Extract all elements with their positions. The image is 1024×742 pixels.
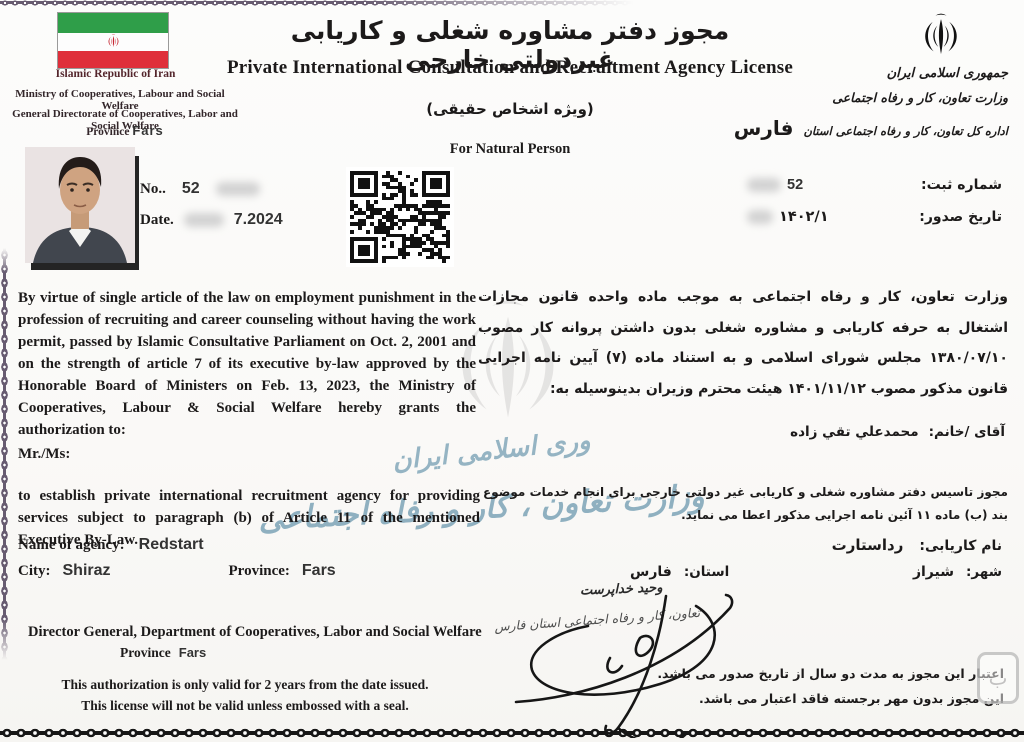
- iran-emblem-icon: [918, 12, 964, 64]
- issue-date-label: تاریخ صدور:: [919, 209, 1002, 225]
- mr-ms-label: Mr./Ms:: [18, 443, 476, 465]
- validity-line-2-fa: این مجوز بدون مهر برجسته فاقد اعتبار می …: [699, 691, 1004, 706]
- watermark-app-logo: ب: [977, 652, 1019, 704]
- agency-label-fa: نام کاریابی:: [919, 538, 1002, 554]
- top-chain-border: [0, 0, 660, 6]
- city-value-fa: شیراز: [913, 564, 954, 580]
- director-province-row: Province Fars: [120, 645, 206, 661]
- date-value: 7.2024: [234, 211, 283, 229]
- flag-green-band: [58, 13, 168, 33]
- signature-block: وحید خداپرست تعاون، کار و رفاه اجتماعی ا…: [488, 580, 780, 738]
- registration-number-row: شماره ثبت: 52: [747, 177, 1002, 193]
- qr-code-grid: [350, 171, 450, 263]
- redaction-smudge: [216, 182, 260, 196]
- redaction-smudge: [747, 178, 781, 192]
- redaction-smudge: [747, 210, 773, 224]
- director-province-label: Province: [120, 645, 171, 661]
- header-right-country: جمهوری اسلامی ایران: [887, 66, 1008, 81]
- header-left-province: Province Fars: [0, 123, 250, 138]
- city-value: Shiraz: [63, 562, 111, 580]
- agency-name-row: Name of agency: Redstart: [18, 536, 204, 554]
- redaction-smudge: [184, 213, 224, 227]
- flag-emblem-icon: [106, 34, 121, 50]
- issue-date-row: تاریخ صدور: ۱۴۰۲/۱: [747, 209, 1002, 225]
- no-value: 52: [182, 180, 200, 198]
- flag-red-band: [58, 51, 168, 68]
- header-right-directorate: اداره کل تعاون، کار و رفاه اجتماعی استان: [803, 124, 1008, 138]
- header-right-ministry: وزارت تعاون، کار و رفاه اجتماعی: [832, 90, 1008, 105]
- establish-clause-persian: مجوز تاسیس دفتر مشاوره شغلی و کاریابی غی…: [483, 481, 1008, 528]
- issue-date-value: ۱۴۰۲/۱: [779, 209, 829, 225]
- validity-line-2: This license will not be valid unless em…: [35, 698, 455, 714]
- province-value: Fars: [132, 123, 163, 138]
- registration-label: شماره ثبت:: [921, 177, 1002, 193]
- subtitle-english: For Natural Person: [330, 141, 690, 158]
- city-province-row-fa: شهر: شیراز استان: فارس: [630, 564, 1002, 580]
- province-label: Province: [86, 126, 129, 138]
- persian-paragraph: وزارت تعاون، کار و رفاه اجتماعی به موجب …: [478, 282, 1008, 404]
- date-label: Date.: [140, 212, 174, 229]
- applicant-name: محمدعلي تقي زاده: [790, 424, 918, 440]
- validity-line-1-fa: اعتبار این مجوز به مدت دو سال از تاریخ ص…: [657, 666, 1004, 681]
- registration-value: 52: [787, 177, 803, 193]
- province-label-fa: استان:: [684, 564, 729, 580]
- date-row: Date. 7.2024: [140, 211, 283, 229]
- city-province-row: City: Shiraz Province: Fars: [18, 562, 336, 580]
- city-label-fa: شهر:: [966, 564, 1002, 580]
- director-line: Director General, Department of Cooperat…: [28, 624, 482, 641]
- flag-white-band: [58, 33, 168, 50]
- paragraph-text: By virtue of single article of the law o…: [18, 290, 476, 438]
- no-label: No..: [140, 181, 166, 198]
- agency-label: Name of agency:: [18, 537, 125, 554]
- director-province-value: Fars: [179, 645, 206, 660]
- agency-value-fa: رداستارت: [832, 536, 904, 554]
- license-document: وری اسلامی ایران وزارت تعاون ، کار و رفا…: [0, 0, 1024, 742]
- left-chain-border: [0, 248, 9, 660]
- province-value-fa: فارس: [630, 564, 672, 580]
- signature-icon: [488, 580, 780, 738]
- applicant-row: آقای /خانم: محمدعلي تقي زاده: [790, 424, 1005, 440]
- agency-value: Redstart: [139, 536, 204, 554]
- applicant-photo: [25, 147, 135, 263]
- province-value: Fars: [302, 562, 336, 580]
- subtitle-persian: (ویژه اشخاص حقیقی): [330, 100, 690, 118]
- portrait-image: [25, 147, 135, 263]
- iran-flag: [57, 12, 169, 69]
- number-row: No.. 52: [140, 180, 260, 198]
- header-right-province: فارس: [734, 116, 794, 140]
- header-right-directorate-row: اداره کل تعاون، کار و رفاه اجتماعی استان…: [734, 116, 1008, 140]
- validity-line-1: This authorization is only valid for 2 y…: [35, 677, 455, 693]
- agency-name-row-fa: نام کاریابی: رداستارت: [832, 536, 1002, 554]
- city-label: City:: [18, 563, 51, 580]
- applicant-label: آقای /خانم:: [929, 424, 1005, 440]
- province-label: Province:: [229, 563, 290, 580]
- watermark-logo-glyph: ب: [989, 666, 1008, 690]
- title-english: Private International Consultation and R…: [220, 57, 800, 79]
- english-paragraph: By virtue of single article of the law o…: [18, 287, 476, 465]
- qr-code: [346, 167, 454, 267]
- header-left-country: Islamic Republic of Iran: [8, 68, 223, 80]
